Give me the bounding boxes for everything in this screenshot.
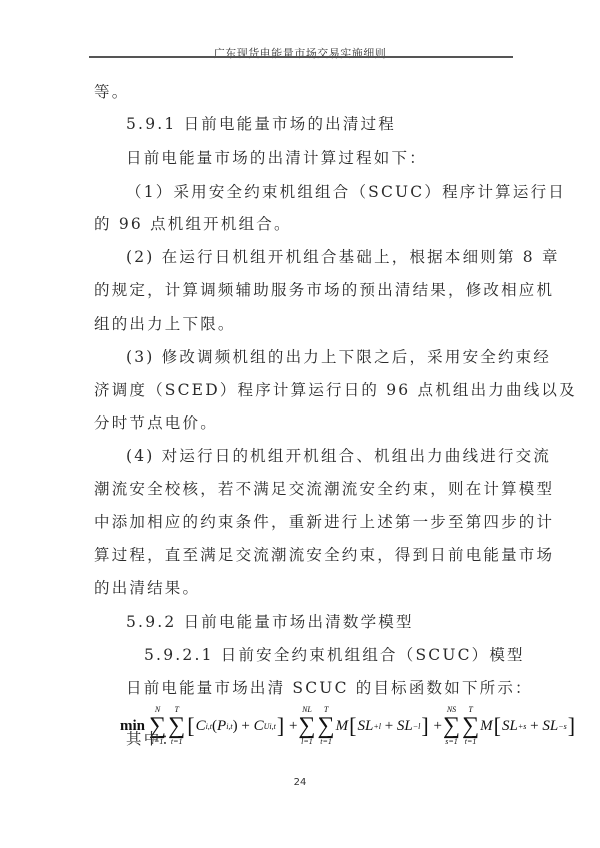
paragraph-line: 济调度（SCED）程序计算运行日的 96 点机组出力曲线以及 <box>94 378 577 400</box>
header-divider <box>89 56 513 58</box>
paragraph-line: （1）采用安全约束机组组合（SCUC）程序计算运行日 <box>126 180 566 202</box>
paragraph-line: 的 96 点机组开机组合。 <box>94 212 292 234</box>
paragraph-line: (2) 在运行日机组开机组合基础上，根据本细则第 8 章 <box>126 245 560 267</box>
paragraph-line: 算过程，直至满足交流潮流安全约束，得到日前电能量市场 <box>94 543 554 565</box>
paragraph-line: 的出清结果。 <box>94 576 200 598</box>
sigma-symbol: T∑t=1 <box>318 706 335 746</box>
paragraph-continuation: 等。 <box>94 80 129 102</box>
document-title: 广东现货电能量市场交易实施细则 <box>0 45 600 61</box>
page-number: 24 <box>0 777 600 788</box>
paragraph-line: (3) 修改调频机组的出力上下限之后，采用安全约束经 <box>126 345 551 367</box>
paragraph-line: 中添加相应的约束条件，重新进行上述第一步至第四步的计 <box>94 510 554 532</box>
paragraph-line: (4) 对运行日的机组开机组合、机组出力曲线进行交流 <box>126 444 551 466</box>
paragraph-line: 日前电能量市场出清 SCUC 的目标函数如下所示： <box>126 676 533 698</box>
sigma-symbol: NL∑l=1 <box>298 706 315 746</box>
section-heading-5-9-2-1: 5.9.2.1 日前安全约束机组组合（SCUC）模型 <box>144 643 525 665</box>
sigma-symbol: NS∑s=1 <box>443 706 460 746</box>
sigma-symbol: T∑t=1 <box>462 706 479 746</box>
paragraph-line-where: 其中： <box>126 727 179 749</box>
paragraph-line: 组的出力上下限。 <box>94 312 236 334</box>
objective-function-formula: min N∑i=1 T∑t=1 [ Ci,t(Pi,t) + CUi,t ] +… <box>120 706 576 746</box>
paragraph-line: 分时节点电价。 <box>94 411 218 433</box>
paragraph-line: 的规定，计算调频辅助服务市场的预出清结果，修改相应机 <box>94 278 554 300</box>
paragraph-line: 潮流安全校核，若不满足交流潮流安全约束，则在计算模型 <box>94 477 554 499</box>
section-heading-5-9-1: 5.9.1 日前电能量市场的出清过程 <box>126 112 396 134</box>
section-heading-5-9-2: 5.9.2 日前电能量市场出清数学模型 <box>126 610 414 632</box>
paragraph-line: 日前电能量市场的出清计算过程如下： <box>126 146 427 168</box>
